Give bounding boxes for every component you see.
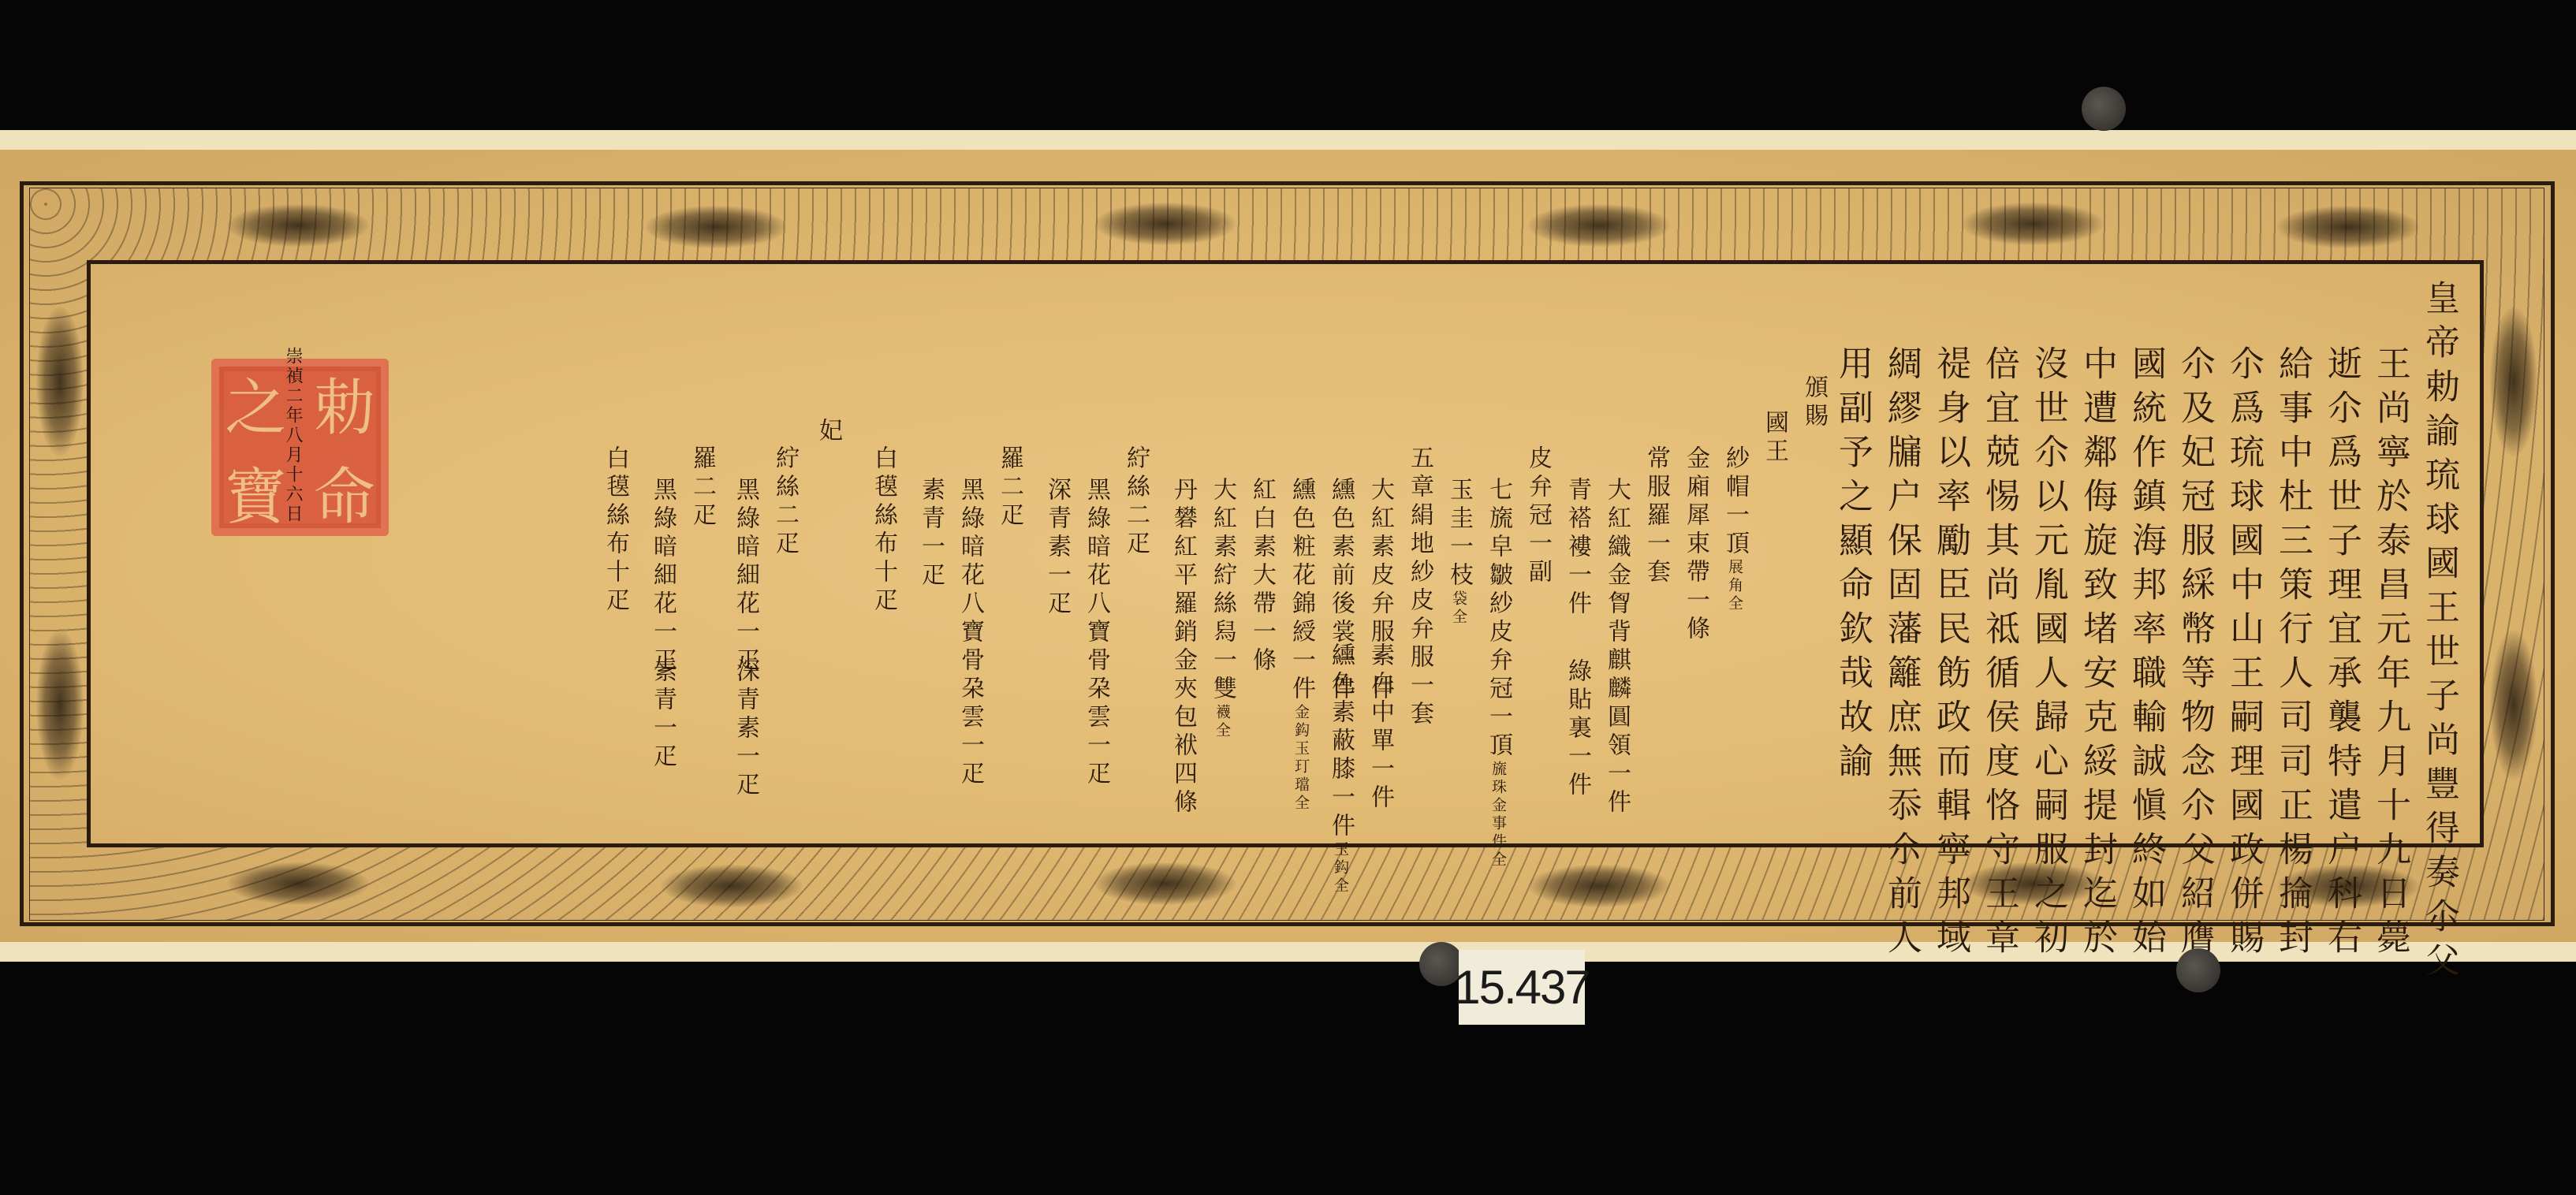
dragon-motif-icon (227, 204, 369, 247)
consort-item: 羅二疋 (690, 445, 714, 530)
dragon-motif-icon (2277, 206, 2419, 248)
edict-column: 中遭鄰侮旋致堵安克綏提封迄於 (2079, 345, 2114, 963)
mounting-pin (2176, 948, 2220, 992)
grant-item: 羅二疋 (997, 445, 1021, 530)
grant-item: 常服羅一套 (1644, 445, 1668, 587)
dragon-motif-icon (2490, 630, 2537, 780)
consort-item: 黑綠暗細花一疋 (733, 477, 757, 676)
dragon-motif-icon (36, 630, 84, 780)
seal-glyph: 勅 (300, 359, 390, 447)
grant-item: 紅白素大帶一條 (1250, 477, 1273, 676)
dragon-motif-icon (1094, 862, 1236, 905)
dragon-motif-icon (1528, 204, 1670, 247)
edict-column: 禔身以率勵臣民飭政而輯寧邦域 (1933, 345, 1967, 963)
edict-column: 皇帝勅諭琉球國王世子尚豐得奏尒父 (2421, 280, 2456, 986)
grant-item: 青褡褸一件 (1565, 477, 1589, 619)
dragon-motif-icon (661, 865, 803, 907)
grant-item: 金廂犀束帶一條 (1683, 445, 1707, 644)
scroll-top-margin (0, 130, 2576, 152)
dragon-motif-icon (1528, 865, 1670, 907)
edict-column: 逝尒爲世子理宜承襲特遣户科右 (2324, 345, 2358, 963)
edict-column: 給事中杜三策行人司司正楊掄封 (2275, 345, 2309, 963)
dragon-motif-icon (645, 206, 787, 248)
dragon-motif-icon (36, 307, 84, 456)
grant-item: 大紅素紵絲舄一雙襪全 (1210, 477, 1234, 740)
grant-item: 纁色素蔽膝一件玉鈎全 (1329, 642, 1352, 895)
consort-item: 黑綠暗細花一疋 (651, 477, 674, 676)
grant-item: 紵絲二疋 (1124, 445, 1147, 559)
dragon-motif-icon (1094, 203, 1236, 245)
grant-item: 黑綠暗花八寶骨朶雲一疋 (1084, 477, 1108, 789)
consort-item: 紵絲二疋 (773, 445, 796, 559)
edict-column: 用副予之顯命欽哉故諭 (1835, 345, 1870, 787)
edict-column: 綢繆牖户保固藩籬庶無忝尒前人 (1884, 345, 1918, 963)
grant-item: 大紅織金胷背麒麟圓領一件 (1605, 477, 1628, 817)
grant-item: 丹礬紅平羅銷金夾包袱四條 (1171, 477, 1195, 817)
grant-heading: 頒賜 (1802, 374, 1825, 431)
king-heading: 國王 (1762, 410, 1786, 467)
grant-item: 紗帽一頂展角全 (1723, 445, 1747, 613)
seal-glyph: 命 (300, 448, 390, 536)
consort-item: 素青一疋 (651, 658, 674, 772)
date-line: 崇禎二年八月十六日 (284, 347, 301, 524)
consort-item: 深青素一疋 (733, 658, 757, 800)
edict-column: 王尚寧於泰昌元年九月十九日薨 (2373, 345, 2407, 963)
edict-column: 尒及妃冠服綵幣等物念尒父紹膺 (2177, 345, 2212, 963)
grant-item: 纁色粧花錦綬一件金鈎玉玎璫全 (1289, 477, 1313, 813)
dragon-motif-icon (227, 862, 369, 905)
grant-item: 五章絹地紗皮弁服一套 (1407, 445, 1431, 729)
grant-item: 綠貼裏一件 (1565, 658, 1589, 800)
grant-item: 深青素一疋 (1045, 477, 1068, 619)
grant-item: 素白中單一件 (1368, 642, 1392, 813)
edict-column: 國統作鎮海邦率職輸誠愼終如始 (2128, 345, 2163, 963)
consort-item: 白氁絲布十疋 (603, 445, 627, 616)
dragon-motif-icon (1962, 203, 2104, 245)
mounting-pin (2082, 87, 2126, 131)
text-panel: 皇帝勅諭琉球國王世子尚豐得奏尒父 王尚寧於泰昌元年九月十九日薨 逝尒爲世子理宜承… (87, 260, 2484, 847)
grant-item: 素青一疋 (919, 477, 942, 590)
grant-item: 黑綠暗花八寶骨朶雲一疋 (958, 477, 982, 789)
grant-item: 皮弁冠一副 (1526, 445, 1549, 587)
dragon-motif-icon (2490, 307, 2537, 456)
catalog-label: 15.437 (1459, 950, 1585, 1025)
edict-column: 尒爲琉球國中山王嗣理國政併賜 (2226, 345, 2261, 963)
edict-column: 倍宜兢惕其尚祗循侯度恪守王章 (1981, 345, 2016, 963)
grant-item: 白氁絲布十疋 (871, 445, 895, 616)
consort-heading: 妃 (816, 418, 840, 446)
edict-column: 沒世尒以元胤國人歸心嗣服之初 (2030, 345, 2065, 963)
grant-item: 七旒皁皺紗皮弁冠一頂旒珠金事件全 (1486, 477, 1510, 869)
grant-item: 玉圭一枝袋全 (1447, 477, 1471, 627)
